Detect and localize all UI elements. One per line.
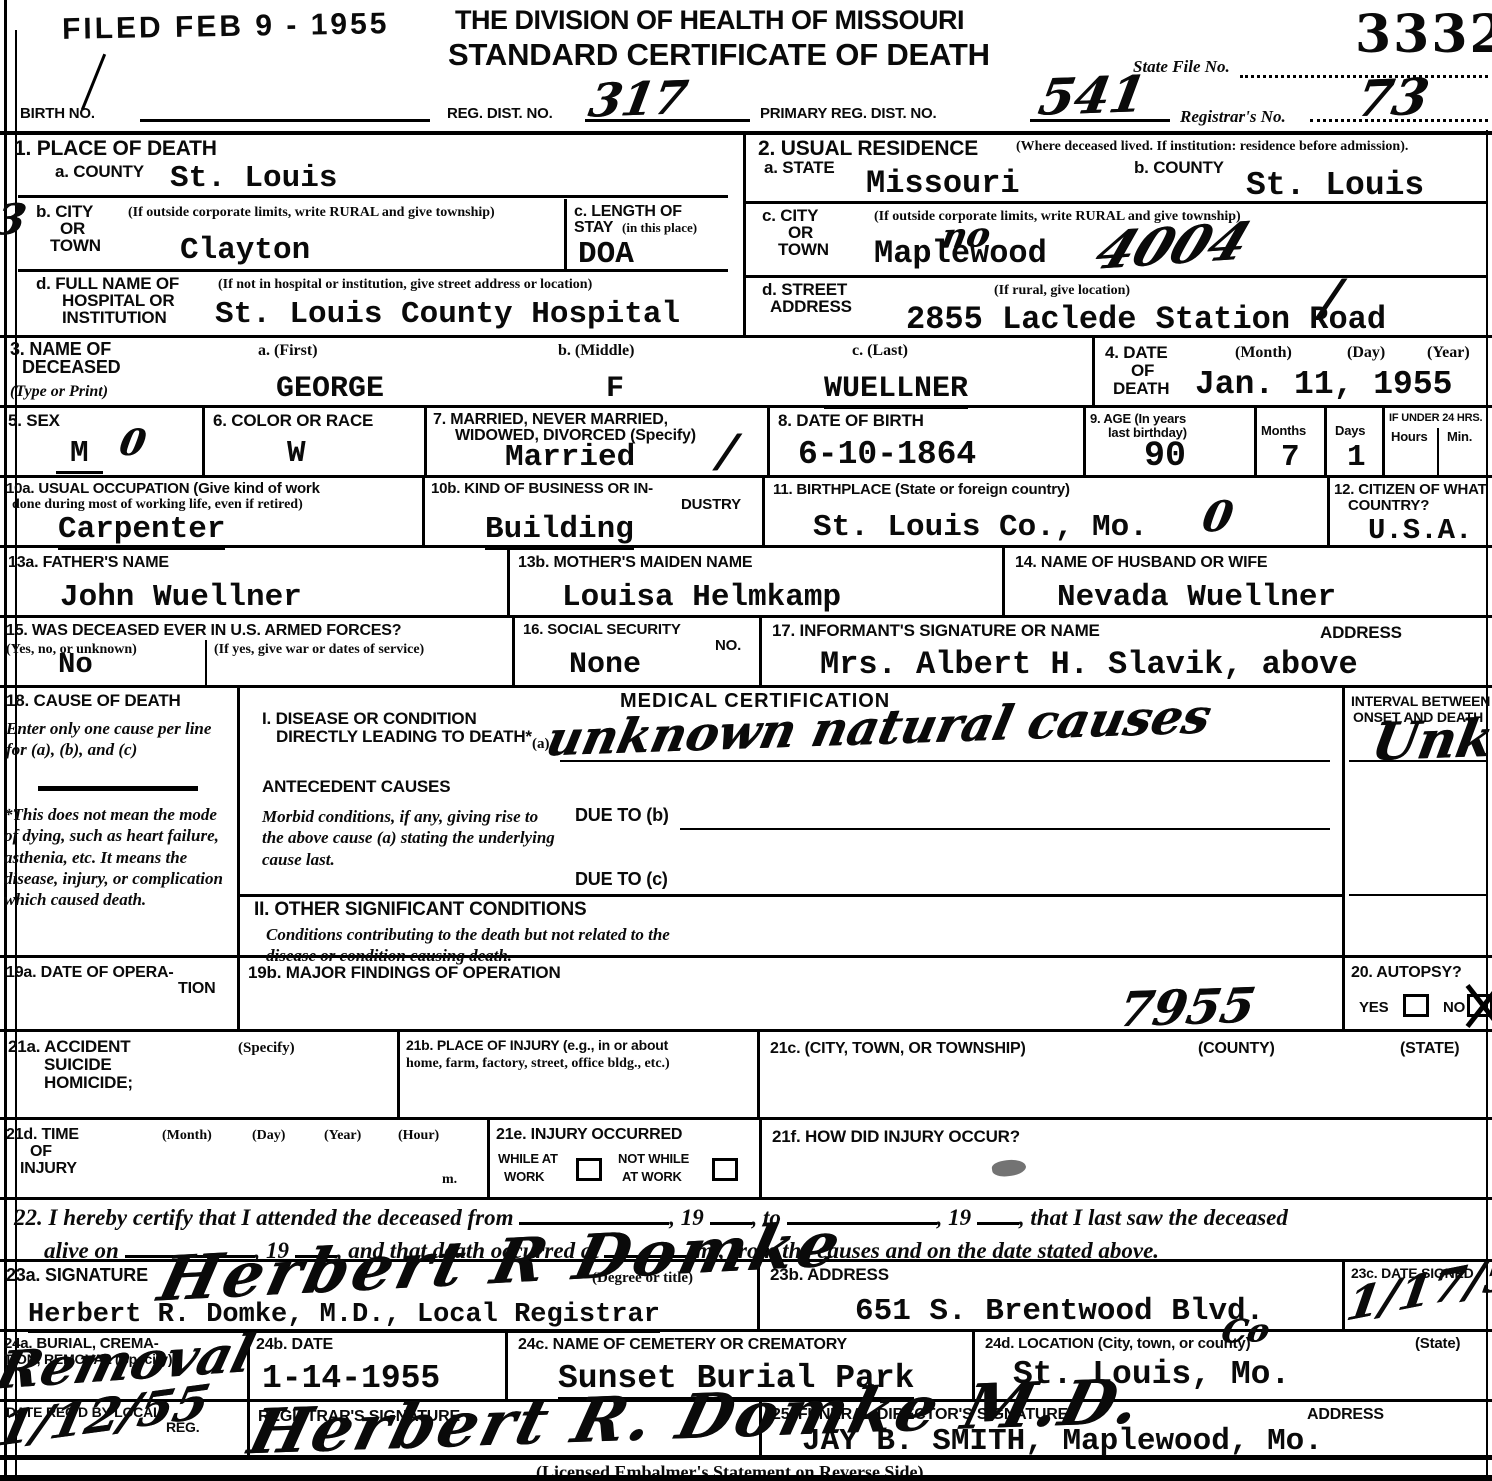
rule <box>746 201 1486 204</box>
sec3-last-value: WUELLNER <box>824 372 968 409</box>
funeral-director-cell: 25. FUNERAL DIRECTOR'S SIGNATURE ADDRESS… <box>762 1402 1492 1455</box>
informant-cell: 17. INFORMANT'S SIGNATURE OR NAME ADDRES… <box>762 618 1492 685</box>
row-certify: 22. I hereby certify that I attended the… <box>0 1200 1492 1262</box>
signature-cell: 23a. SIGNATURE (Degree or title) Herbert… <box>0 1262 760 1329</box>
primary-reg-dist-label: PRIMARY REG. DIST. NO. <box>760 106 936 123</box>
sec1-hosp-label3: INSTITUTION <box>62 309 167 328</box>
certify-t9: m., from the causes and on the date stat… <box>695 1238 1159 1263</box>
place-of-injury-cell: 21b. PLACE OF INJURY (e.g., in or about … <box>400 1032 760 1117</box>
certify-t4: , 19 <box>937 1205 972 1230</box>
under24-cell: IF UNDER 24 HRS. Hours Min. <box>1385 408 1492 475</box>
sec4-value: Jan. 11, 1955 <box>1195 366 1452 403</box>
injury-occurred-cell: 21e. INJURY OCCURRED WHILE AT WORK NOT W… <box>490 1120 762 1197</box>
blank <box>125 1255 255 1258</box>
disease-label1: I. DISEASE OR CONDITION <box>262 710 477 729</box>
sec24b-value: 1-14-1955 <box>262 1360 440 1397</box>
reg-dist-line <box>585 100 750 122</box>
burial-location-cell: 24d. LOCATION (City, town, or county) (S… <box>975 1332 1492 1399</box>
sec17-address-label: ADDRESS <box>1320 624 1402 643</box>
sec10b-label2: DUSTRY <box>681 497 741 514</box>
sec15-hint2: (If yes, give war or dates of service) <box>214 642 424 658</box>
sec10a-value: Carpenter <box>58 512 225 550</box>
blank <box>977 1222 1019 1225</box>
date-signed-cell: 23c. DATE SIGNED <box>1345 1262 1492 1329</box>
row-accident: 21a. ACCIDENT (Specify) SUICIDE HOMICIDE… <box>0 1032 1492 1120</box>
sec18-note2: *This does not mean the mode of dying, s… <box>4 804 232 910</box>
name-label-cell: 3. NAME OF DECEASED (Type or Print) <box>0 338 228 405</box>
certify-line1: 22. I hereby certify that I attended the… <box>14 1204 1492 1233</box>
certify-t2: , 19 <box>669 1205 704 1230</box>
armed-forces-cell: 15. WAS DECEASED EVER IN U.S. ARMED FORC… <box>0 618 515 685</box>
filed-stamp: FILED FEB 9 - 1955 <box>62 7 390 46</box>
sec10b-label1: 10b. KIND OF BUSINESS OR IN- <box>431 481 653 498</box>
birth-no-label: BIRTH NO. <box>20 106 95 123</box>
sec13a-value: John Wuellner <box>60 580 302 618</box>
certify-t5: , that I last saw the deceased <box>1019 1205 1288 1230</box>
usual-residence-cell: 2. USUAL RESIDENCE (Where deceased lived… <box>746 135 1492 335</box>
sec21d-label2: OF <box>30 1143 52 1161</box>
autopsy-no-checkbox <box>1467 994 1492 1017</box>
sec21e-while1: WHILE AT <box>498 1152 558 1166</box>
sec10b-value: Building <box>485 512 634 550</box>
sec21c-label: 21c. (CITY, TOWN, OR TOWNSHIP) <box>770 1040 1026 1058</box>
sec3-subtitle: (Type or Print) <box>10 382 108 402</box>
row-cause-of-death: 18. CAUSE OF DEATH Enter only one cause … <box>0 688 1492 958</box>
sec20-label: 20. AUTOPSY? <box>1351 964 1462 982</box>
sec17-label: 17. INFORMANT'S SIGNATURE OR NAME <box>772 622 1100 641</box>
sec21a-label2: SUICIDE <box>44 1056 112 1075</box>
sec5-scrawl: 0 <box>116 422 149 465</box>
rule <box>18 269 728 272</box>
sec21c-county-label: (COUNTY) <box>1198 1040 1275 1058</box>
name-values-cell: a. (First) GEORGE b. (Middle) F c. (Last… <box>228 338 1095 405</box>
sec25-label: 25. FUNERAL DIRECTOR'S SIGNATURE <box>772 1406 1068 1424</box>
row-occupation: 10a. USUAL OCCUPATION (Give kind of work… <box>0 478 1492 548</box>
recd-label2: REG. <box>166 1420 199 1435</box>
recd-label1: DATE REC'D BY LOCAL <box>6 1405 161 1420</box>
sec24d-label: 24d. LOCATION (City, town, or county) <box>985 1336 1250 1353</box>
sec2-street-hint: (If rural, give location) <box>994 283 1130 299</box>
accident-type-cell: 21a. ACCIDENT (Specify) SUICIDE HOMICIDE… <box>0 1032 400 1117</box>
sec16-label2: NO. <box>715 638 741 655</box>
reg-dist-label: REG. DIST. NO. <box>447 106 553 123</box>
sec4-label1: 4. DATE <box>1105 344 1168 363</box>
sec21c-state-label: (STATE) <box>1400 1040 1459 1058</box>
sec24b-label: 24b. DATE <box>256 1336 333 1354</box>
sec1-city-hint: (If outside corporate limits, write RURA… <box>128 205 558 221</box>
sec3-first-value: GEORGE <box>276 372 384 406</box>
sec21b-label2: home, farm, factory, street, office bldg… <box>406 1056 670 1072</box>
sec11-label: 11. BIRTHPLACE (State or foreign country… <box>773 482 1070 499</box>
row-injury-time: 21d. TIME OF INJURY (Month) (Day) (Year)… <box>0 1120 1492 1200</box>
age-cell: 9. AGE (In years last birthday) 90 <box>1086 408 1257 475</box>
sec11-value: St. Louis Co., Mo. <box>813 510 1148 545</box>
age-months-cell: Months 7 <box>1257 408 1327 475</box>
sec9-months-label: Months <box>1261 424 1306 438</box>
row-parents: 13a. FATHER'S NAME John Wuellner 13b. MO… <box>0 548 1492 618</box>
row-operation-autopsy: 19a. DATE OF OPERA- TION 19b. MAJOR FIND… <box>0 958 1492 1032</box>
sec1-title: 1. PLACE OF DEATH <box>14 137 217 160</box>
sec24d-value: St. Louis, Mo. <box>1013 1356 1290 1393</box>
registrar-no-line <box>1310 100 1488 122</box>
sec21d-month: (Month) <box>162 1128 212 1144</box>
header: FILED FEB 9 - 1955 THE DIVISION OF HEALT… <box>0 0 1492 135</box>
sec2-city-label3: TOWN <box>778 241 829 260</box>
sec3-first-label: a. (First) <box>258 342 318 360</box>
rule <box>1349 760 1487 762</box>
sec7-label1: 7. MARRIED, NEVER MARRIED, <box>433 411 668 429</box>
sex-cell: 5. SEX M 0 <box>0 408 205 475</box>
blank <box>519 1222 669 1225</box>
sec2-title-hint: (Where deceased lived. If institution: r… <box>1016 139 1486 155</box>
interval-label1: INTERVAL BETWEEN <box>1351 694 1490 709</box>
sec21e-label: 21e. INJURY OCCURRED <box>496 1126 682 1144</box>
sec2-city-hint: (If outside corporate limits, write RURA… <box>874 209 1324 225</box>
primary-reg-dist-line <box>1030 100 1170 122</box>
sec24a-label2: TION, REMOVAL (Specify) <box>4 1352 172 1367</box>
sec24c-label: 24c. NAME OF CEMETERY OR CREMATORY <box>518 1336 847 1354</box>
dob-cell: 8. DATE OF BIRTH 6-10-1864 <box>770 408 1086 475</box>
title-line1: THE DIVISION OF HEALTH OF MISSOURI <box>455 6 964 36</box>
sec17-value: Mrs. Albert H. Slavik, above <box>820 646 1358 683</box>
sec21a-hint: (Specify) <box>238 1040 295 1057</box>
birthplace-cell: 11. BIRTHPLACE (State or foreign country… <box>765 478 1330 545</box>
autopsy-yes-label: YES <box>1359 1000 1388 1017</box>
birth-no-line <box>140 100 430 122</box>
sec25-value: JAY B. SMITH, Maplewood, Mo. <box>802 1424 1323 1459</box>
age-days-cell: Days 1 <box>1327 408 1385 475</box>
death-certificate-page: FILED FEB 9 - 1955 THE DIVISION OF HEALT… <box>0 0 1492 1481</box>
row-place-residence: 1. PLACE OF DEATH a. COUNTY St. Louis b.… <box>0 135 1492 338</box>
blank <box>295 1255 337 1258</box>
sec13a-label: 13a. FATHER'S NAME <box>8 554 169 572</box>
rule <box>1349 894 1487 896</box>
sec25-address-label: ADDRESS <box>1307 1406 1384 1424</box>
sec5-value: M <box>56 436 103 474</box>
sec12-value: U.S.A. <box>1368 514 1472 547</box>
cemetery-cell: 24c. NAME OF CEMETERY OR CREMATORY Sunse… <box>508 1332 975 1399</box>
sec23c-label: 23c. DATE SIGNED <box>1351 1266 1474 1281</box>
sec16-label: 16. SOCIAL SECURITY <box>523 622 681 639</box>
row-registrar: DATE REC'D BY LOCAL REG. REGISTRAR'S SIG… <box>0 1402 1492 1458</box>
operation-date-cell: 19a. DATE OF OPERA- TION <box>0 958 240 1029</box>
sec2-county-label: b. COUNTY <box>1134 159 1224 178</box>
sec21e-while2: WORK <box>504 1170 544 1184</box>
certify-t3: , to <box>752 1205 781 1230</box>
title-line2: STANDARD CERTIFICATE OF DEATH <box>448 38 990 72</box>
sec21d-day: (Day) <box>252 1128 285 1144</box>
sec9-under24-label: IF UNDER 24 HRS. <box>1389 412 1482 424</box>
time-of-injury-cell: 21d. TIME OF INJURY (Month) (Day) (Year)… <box>0 1120 490 1197</box>
marital-cell: 7. MARRIED, NEVER MARRIED, WIDOWED, DIVO… <box>427 408 770 475</box>
sec21d-m: m. <box>442 1172 457 1188</box>
sec21a-label1: 21a. ACCIDENT <box>8 1038 130 1057</box>
blank <box>604 1255 689 1258</box>
sec6-label: 6. COLOR OR RACE <box>213 412 373 431</box>
due-b-label: DUE TO (b) <box>575 806 669 826</box>
interval-cell: INTERVAL BETWEEN ONSET AND DEATH Unk <box>1345 688 1492 955</box>
sec21e-not1: NOT WHILE <box>618 1152 689 1166</box>
autopsy-yes-checkbox <box>1403 994 1429 1017</box>
sec3-title2: DECEASED <box>22 358 120 378</box>
sec16-value: None <box>569 648 641 682</box>
sec2-street-value: 2855 Laclede Station Road <box>906 301 1386 338</box>
sec21b-label1: 21b. PLACE OF INJURY (e.g., in or about <box>406 1038 668 1053</box>
sec21d-label1: 21d. TIME <box>6 1126 79 1144</box>
address-cell: 23b. ADDRESS 651 S. Brentwood Blvd. <box>760 1262 1345 1329</box>
burial-date-cell: 24b. DATE 1-14-1955 <box>250 1332 508 1399</box>
sec13b-value: Louisa Helmkamp <box>562 580 841 618</box>
sec21d-hour: (Hour) <box>398 1128 439 1144</box>
sec2-city-value: Maplewood <box>874 235 1047 272</box>
burial-type-cell: 24a. BURIAL, CREMA- TION, REMOVAL (Speci… <box>0 1332 250 1399</box>
certify-t6: alive on <box>44 1238 119 1263</box>
sec23b-value: 651 S. Brentwood Blvd. <box>855 1294 1264 1332</box>
sec12-label2: COUNTRY? <box>1348 498 1429 515</box>
sec4-day-label: (Day) <box>1347 344 1385 362</box>
sec14-value: Nevada Wuellner <box>1057 580 1336 618</box>
occupation-cell: 10a. USUAL OCCUPATION (Give kind of work… <box>0 478 425 545</box>
pen-mark <box>81 54 106 111</box>
interval-scrawl: Unk <box>1367 708 1492 773</box>
sec1-stay-value: DOA <box>578 237 634 272</box>
ssn-cell: 16. SOCIAL SECURITY NO. None <box>515 618 762 685</box>
sec9-hours-label: Hours <box>1391 430 1428 444</box>
place-of-death-cell: 1. PLACE OF DEATH a. COUNTY St. Louis b.… <box>0 135 746 335</box>
business-cell: 10b. KIND OF BUSINESS OR IN- DUSTRY Buil… <box>425 478 765 545</box>
sec2-state-value: Missouri <box>866 165 1020 202</box>
sec1-stay-label2: STAY <box>574 219 613 237</box>
sec7-value: Married <box>505 440 635 475</box>
sec3-middle-value: F <box>606 372 624 406</box>
injury-location-cell: 21c. (CITY, TOWN, OR TOWNSHIP) (COUNTY) … <box>760 1032 1492 1117</box>
certify-t8: , and that death occurred at <box>337 1238 599 1263</box>
footer-text: (Licensed Embalmer's Statement on Revers… <box>536 1462 923 1481</box>
sec15-value: No <box>58 648 93 681</box>
due-c-label: DUE TO (c) <box>575 870 668 890</box>
sec4-label2: OF <box>1131 362 1154 381</box>
sec23a-hint: (Degree or title) <box>592 1270 693 1287</box>
row-name-dateofdeath: 3. NAME OF DECEASED (Type or Print) a. (… <box>0 338 1492 408</box>
cause-label-cell: 18. CAUSE OF DEATH Enter only one cause … <box>0 688 240 955</box>
row-forces-ssn-informant: 15. WAS DECEASED EVER IN U.S. ARMED FORC… <box>0 618 1492 688</box>
disease-label2: DIRECTLY LEADING TO DEATH* <box>276 728 532 747</box>
autopsy-cell: 20. AUTOPSY? YES NO <box>1345 958 1492 1029</box>
sec9-value: 90 <box>1144 436 1186 476</box>
sec7-scrawl: / <box>714 426 739 478</box>
sec3-last-label: c. (Last) <box>852 342 908 360</box>
sec14-label: 14. NAME OF HUSBAND OR WIFE <box>1015 554 1267 572</box>
sec23b-label: 23b. ADDRESS <box>770 1266 889 1285</box>
sec19b-label: 19b. MAJOR FINDINGS OF OPERATION <box>248 964 561 983</box>
sec21d-label3: INJURY <box>20 1160 77 1178</box>
autopsy-no-label: NO <box>1443 1000 1465 1017</box>
sec18-note1: Enter only one cause per line for (a), (… <box>6 718 216 761</box>
sec18-label: 18. CAUSE OF DEATH <box>6 692 181 711</box>
how-injury-cell: 21f. HOW DID INJURY OCCUR? <box>762 1120 1492 1197</box>
sec4-month-label: (Month) <box>1235 344 1292 362</box>
other-conditions-label: II. OTHER SIGNIFICANT CONDITIONS <box>254 900 586 921</box>
spouse-cell: 14. NAME OF HUSBAND OR WIFE Nevada Wuell… <box>1005 548 1492 615</box>
certify-t1: 22. I hereby certify that I attended the… <box>14 1205 514 1230</box>
sec1-county-value: St. Louis <box>170 161 337 196</box>
sec1-stay-label1: c. LENGTH OF <box>574 203 682 221</box>
operation-findings-cell: 19b. MAJOR FINDINGS OF OPERATION 7955 <box>240 958 1345 1029</box>
sec2-state-label: a. STATE <box>764 159 835 178</box>
mother-cell: 13b. MOTHER'S MAIDEN NAME Louisa Helmkam… <box>510 548 1005 615</box>
father-cell: 13a. FATHER'S NAME John Wuellner <box>0 548 510 615</box>
sec21f-label: 21f. HOW DID INJURY OCCUR? <box>772 1128 1020 1147</box>
sec3-middle-label: b. (Middle) <box>558 342 634 360</box>
sec4-year-label: (Year) <box>1427 344 1470 362</box>
date-of-death-cell: 4. DATE OF DEATH (Month) (Day) (Year) Ja… <box>1095 338 1492 405</box>
sec24d-state-label: (State) <box>1415 1336 1460 1353</box>
rule <box>240 894 1342 897</box>
sec2-title: 2. USUAL RESIDENCE <box>758 137 978 160</box>
registrar-signature-cell: REGISTRAR'S SIGNATURE <box>250 1402 762 1455</box>
regsig-label: REGISTRAR'S SIGNATURE <box>258 1408 460 1426</box>
row-sex-age: 5. SEX M 0 6. COLOR OR RACE W 7. MARRIED… <box>0 408 1492 478</box>
sec11-scrawl: 0 <box>1199 492 1237 542</box>
sec9-min-label: Min. <box>1447 430 1472 444</box>
date-received-cell: DATE REC'D BY LOCAL REG. <box>0 1402 250 1455</box>
sec1-hosp-hint: (If not in hospital or institution, give… <box>218 277 738 293</box>
sec21d-year: (Year) <box>324 1128 361 1144</box>
sec5-label: 5. SEX <box>8 412 60 431</box>
sec9-days-label: Days <box>1335 424 1365 438</box>
registrar-no-label: Registrar's No. <box>1180 106 1286 127</box>
blank <box>710 1222 752 1225</box>
certify-t7: , 19 <box>255 1238 290 1263</box>
sec19a-label1: 19a. DATE OF OPERA- <box>6 964 174 982</box>
divider <box>205 640 207 685</box>
antecedent-label: ANTECEDENT CAUSES <box>262 778 450 797</box>
morbid-note: Morbid conditions, if any, giving rise t… <box>262 806 562 870</box>
sec10a-label1: 10a. USUAL OCCUPATION (Give kind of work <box>6 481 320 498</box>
sec9-months-value: 7 <box>1281 440 1300 475</box>
sec23a-label: 23a. SIGNATURE <box>6 1266 148 1286</box>
medical-certification-cell: MEDICAL CERTIFICATION I. DISEASE OR COND… <box>240 688 1345 955</box>
sec19a-label2: TION <box>178 980 215 998</box>
sec15-label: 15. WAS DECEASED EVER IN U.S. ARMED FORC… <box>6 622 401 640</box>
sec21e-not2: AT WORK <box>622 1170 682 1184</box>
row-signature: 23a. SIGNATURE (Degree or title) Herbert… <box>0 1262 1492 1332</box>
citizen-cell: 12. CITIZEN OF WHAT COUNTRY? U.S.A. <box>1330 478 1492 545</box>
footer: (Licensed Embalmer's Statement on Revers… <box>0 1458 1492 1481</box>
sec10a-label2: done during most of working life, even i… <box>12 497 303 513</box>
sec13b-label: 13b. MOTHER'S MAIDEN NAME <box>518 554 752 572</box>
sec21a-label3: HOMICIDE; <box>44 1074 133 1093</box>
sec1-county-label: a. COUNTY <box>55 163 144 182</box>
sec2-county-value: St. Louis <box>1246 167 1424 204</box>
sec24c-value: Sunset Burial Park <box>558 1360 914 1400</box>
sec1-stay-hint: (in this place) <box>622 221 697 236</box>
rule <box>18 195 728 198</box>
divider <box>1437 428 1439 475</box>
divider <box>564 199 567 269</box>
sec6-value: W <box>287 436 306 471</box>
sec1-hosp-value: St. Louis County Hospital <box>215 297 680 332</box>
not-while-at-work-checkbox <box>712 1158 738 1181</box>
sec4-label3: DEATH <box>1113 380 1169 399</box>
race-cell: 6. COLOR OR RACE W <box>205 408 427 475</box>
sec1-city-label3: TOWN <box>50 237 101 256</box>
sec2-street-label2: ADDRESS <box>770 298 852 317</box>
rule <box>680 828 1330 830</box>
sec23a-typed: Herbert R. Domke, M.D., Local Registrar <box>28 1300 660 1333</box>
sec8-label: 8. DATE OF BIRTH <box>778 412 924 431</box>
smudge-mark <box>991 1158 1027 1179</box>
row-burial: 24a. BURIAL, CREMA- TION, REMOVAL (Speci… <box>0 1332 1492 1402</box>
sec8-value: 6-10-1864 <box>798 436 976 473</box>
while-at-work-checkbox <box>576 1158 602 1181</box>
rule <box>746 275 1486 278</box>
sec1-city-value: Clayton <box>180 233 310 268</box>
blank <box>787 1222 937 1225</box>
rule <box>38 786 198 791</box>
sec19b-scrawl: 7955 <box>1115 978 1259 1039</box>
sec9-days-value: 1 <box>1347 440 1366 475</box>
